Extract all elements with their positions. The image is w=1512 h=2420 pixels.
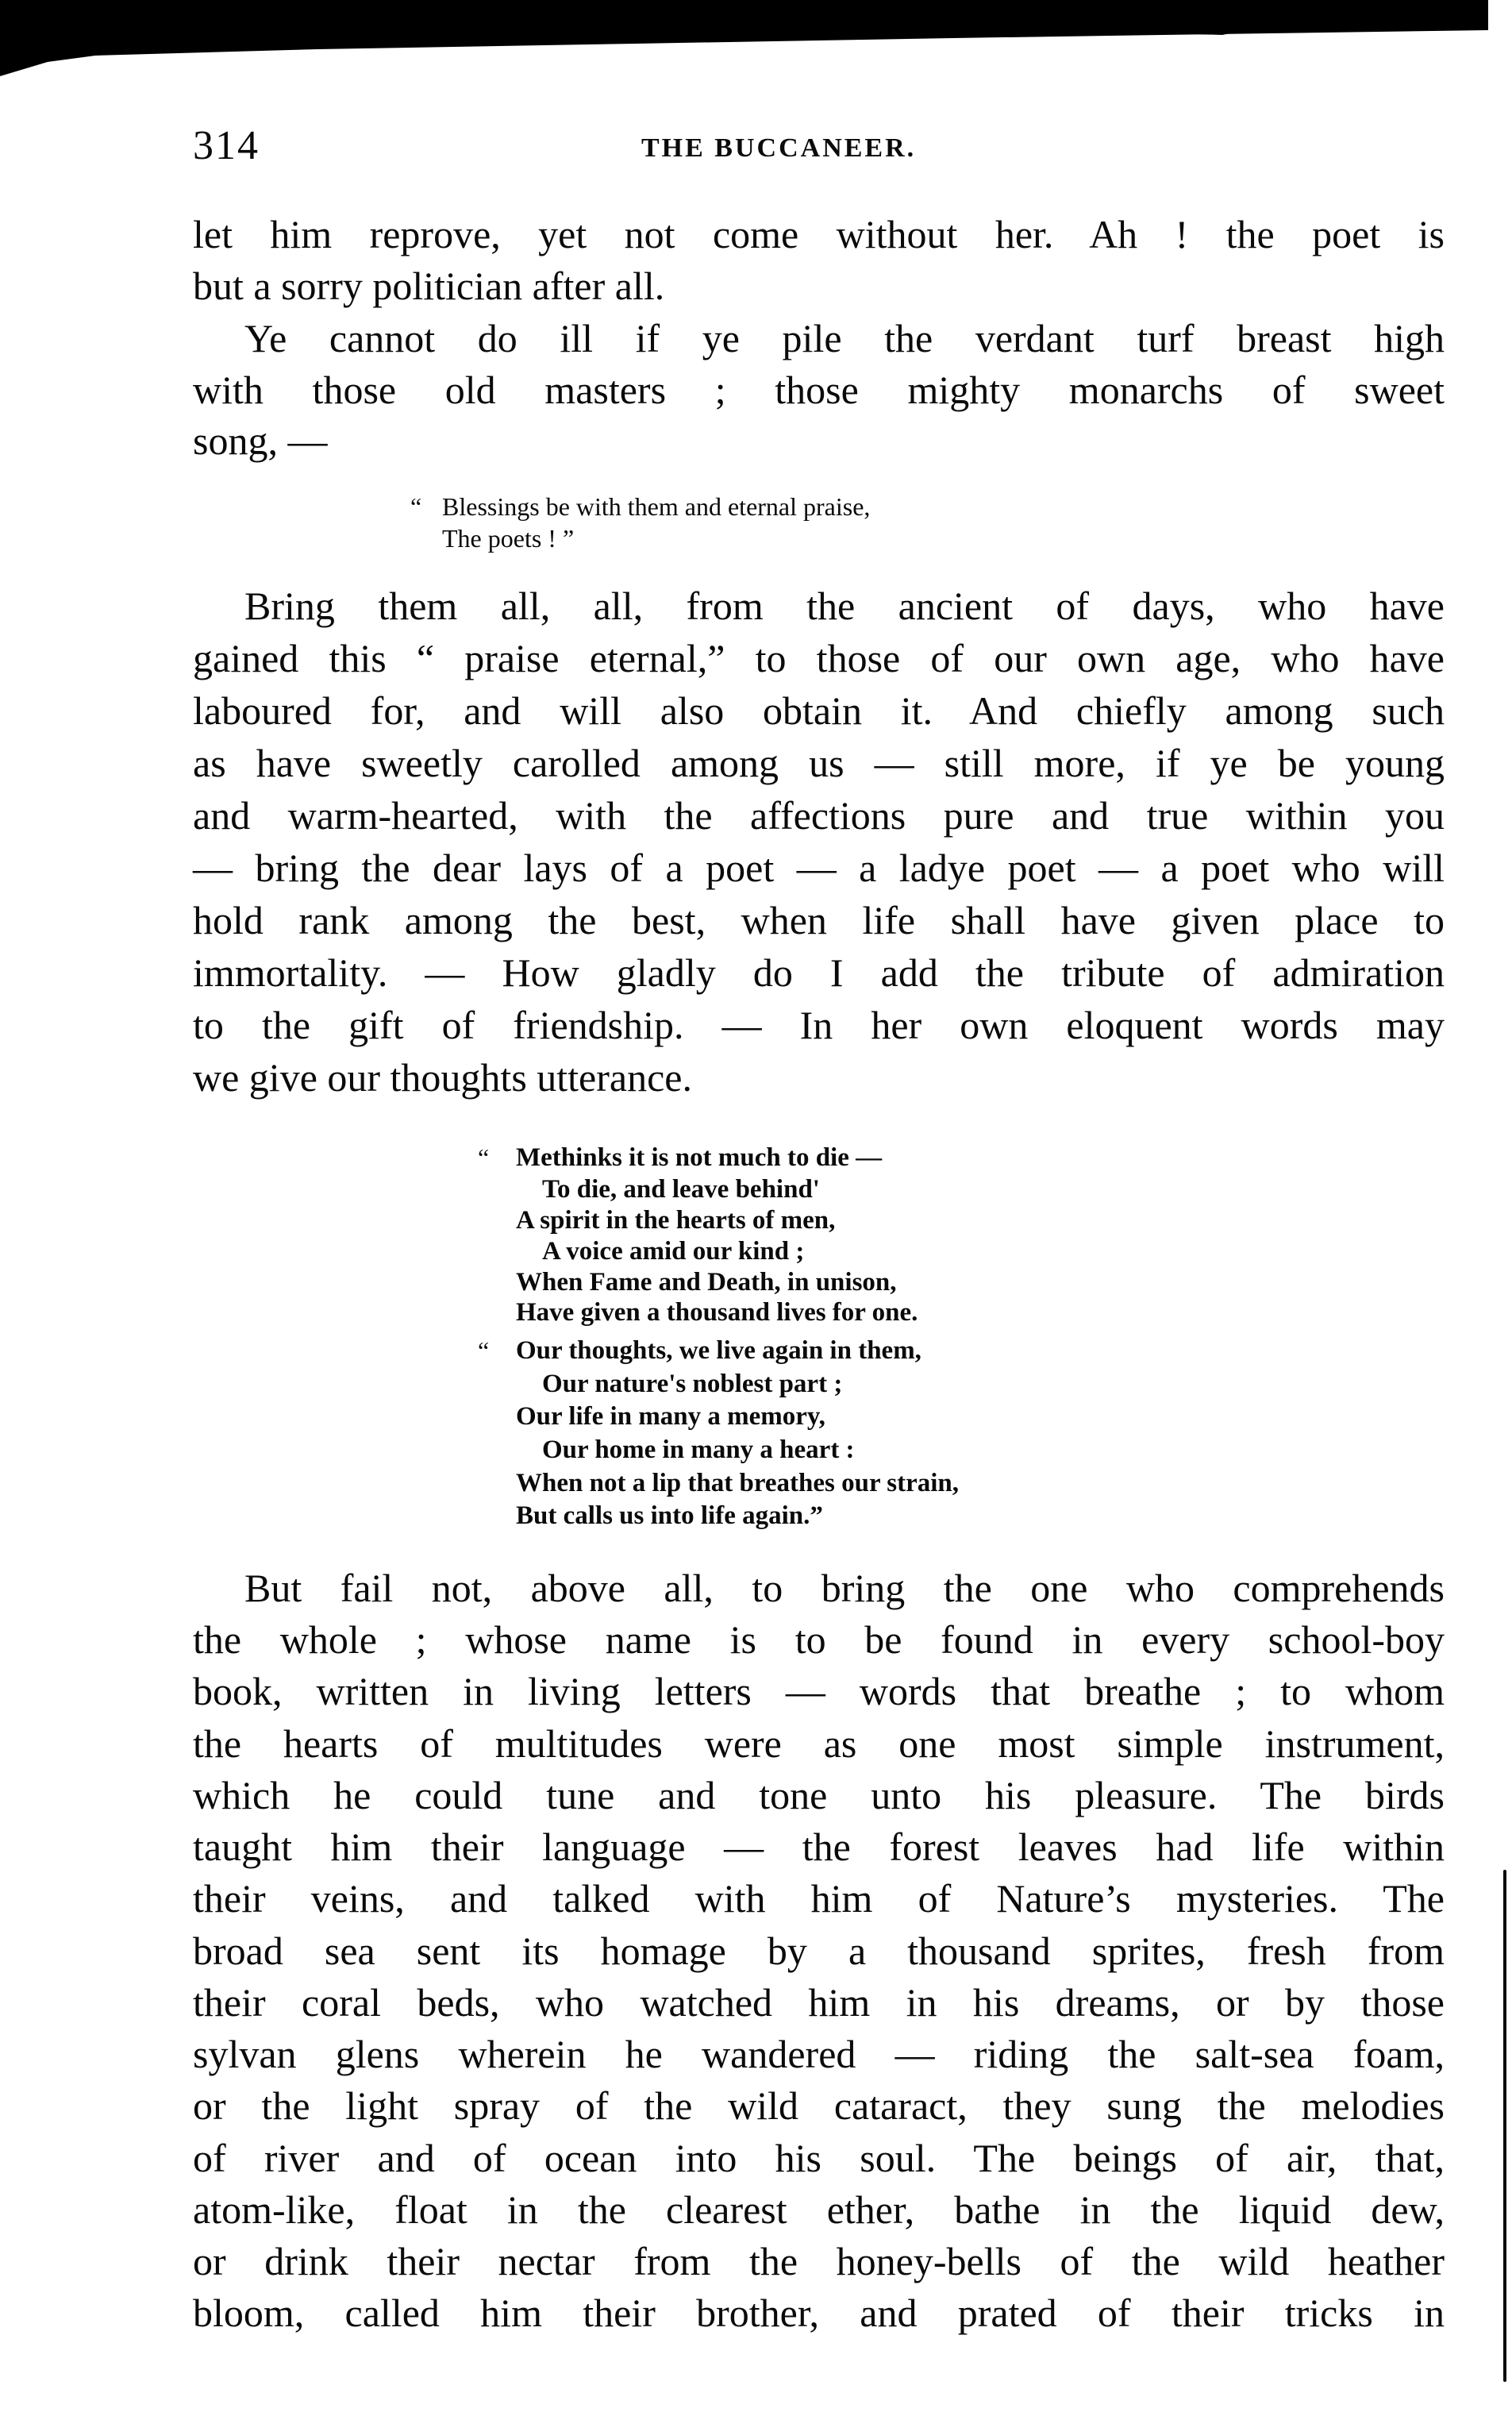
body-line: their veins, and talked with him of Natu… (193, 1879, 1445, 1918)
poem-open-mark: “ (478, 1338, 489, 1363)
scan-border-artifact (0, 0, 1512, 95)
body-line: Bring them all, all, from the ancient of… (244, 586, 1445, 626)
poem-line: To die, and leave behind' (542, 1177, 820, 1203)
body-line: and warm-hearted, with the affections pu… (193, 796, 1445, 835)
poem-line: A voice amid our kind ; (542, 1239, 804, 1265)
body-line: or the light spray of the wild cataract,… (193, 2086, 1445, 2125)
body-line: their coral beds, who watched him in his… (193, 1983, 1445, 2022)
body-line: atom-like, float in the clearest ether, … (193, 2190, 1445, 2229)
body-line: the whole ; whose name is to be found in… (193, 1620, 1445, 1659)
body-line: which he could tune and tone unto his pl… (193, 1775, 1445, 1815)
body-line: or drink their nectar from the honey-bel… (193, 2241, 1445, 2281)
poem-line: Our nature's noblest part ; (542, 1371, 842, 1397)
body-line: we give our thoughts utterance. (193, 1058, 1445, 1097)
body-line: taught him their language — the forest l… (193, 1827, 1445, 1867)
body-line: broad sea sent its homage by a thousand … (193, 1931, 1445, 1971)
poem-line: When not a lip that breathes our strain, (516, 1470, 959, 1497)
poem-open-mark: “ (478, 1145, 489, 1170)
body-line: gained this “ praise eternal,” to those … (193, 638, 1445, 678)
body-line: book, written in living letters — words … (193, 1671, 1445, 1711)
body-line: But fail not, above all, to bring the on… (244, 1568, 1445, 1608)
body-line: sylvan glens wherein he wandered — ridin… (193, 2034, 1445, 2074)
body-line: with those old masters ; those mighty mo… (193, 370, 1445, 410)
poem-line: When Fame and Death, in unison, (516, 1270, 897, 1296)
quotation-line: Blessings be with them and eternal prais… (442, 494, 870, 519)
body-line: of river and of ocean into his soul. The… (193, 2138, 1445, 2178)
poem-line: Have given a thousand lives for one. (516, 1300, 918, 1326)
body-line: song, — (193, 421, 1445, 460)
body-line: hold rank among the best, when life shal… (193, 900, 1445, 940)
body-line: bloom, called him their brother, and pra… (193, 2293, 1445, 2333)
body-line: the hearts of multitudes were as one mos… (193, 1724, 1445, 1763)
body-line: immortality. — How gladly do I add the t… (193, 953, 1445, 992)
body-line: laboured for, and will also obtain it. A… (193, 691, 1445, 730)
quotation-line: The poets ! ” (442, 526, 574, 551)
poem-line: Our home in many a heart : (542, 1437, 855, 1463)
body-line: Ye cannot do ill if ye pile the verdant … (244, 318, 1445, 358)
quotation-open-mark: “ (410, 494, 421, 519)
page-edge-rule (1503, 1870, 1506, 2382)
body-line: let him reprove, yet not come without he… (193, 214, 1445, 254)
poem-line: Our life in many a memory, (516, 1404, 825, 1430)
body-line: — bring the dear lays of a poet — a lady… (193, 848, 1445, 888)
poem-line: Methinks it is not much to die — (516, 1145, 882, 1171)
poem-line: Our thoughts, we live again in them, (516, 1338, 921, 1364)
poem-line: A spirit in the hearts of men, (516, 1208, 835, 1234)
body-line: as have sweetly carolled among us — stil… (193, 743, 1445, 783)
body-line: but a sorry politician after all. (193, 266, 1445, 306)
running-head-title: THE BUCCANEER. (641, 135, 984, 162)
body-line: to the gift of friendship. — In her own … (193, 1005, 1445, 1045)
page-number: 314 (193, 125, 260, 167)
poem-line: But calls us into life again.” (516, 1503, 823, 1529)
